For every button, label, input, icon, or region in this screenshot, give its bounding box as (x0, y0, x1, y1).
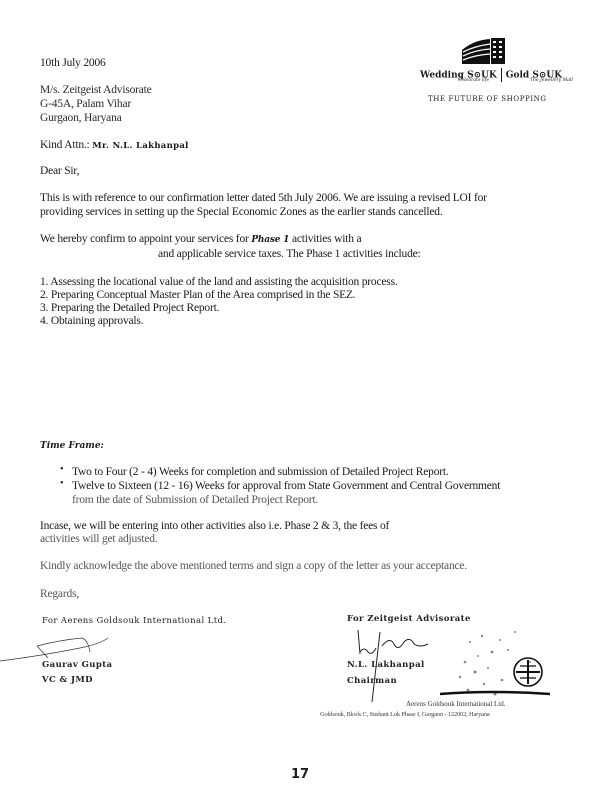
paragraph3-line1: Incase, we will be entering into other a… (40, 520, 389, 533)
letter-date: 10th July 2006 (40, 57, 106, 70)
phase-label: Phase 1 (251, 235, 289, 245)
paragraph2-line1: We hereby confirm to appoint your servic… (40, 233, 361, 247)
time-frame-item: Twelve to Sixteen (12 - 16) Weeks for ap… (72, 480, 500, 493)
page-number: 17 (291, 767, 309, 782)
paragraph2-text-post: activities with a (292, 233, 361, 245)
attention-label: Kind Attn.: (40, 139, 90, 151)
paragraph1-line1: This is with reference to our confirmati… (40, 192, 487, 205)
recipient-address-line2: Gurgaon, Haryana (40, 112, 122, 125)
right-signatory-title: Chairman (347, 676, 397, 686)
closing: Regards, (40, 588, 79, 601)
recipient-address-line1: G-45A, Palam Vihar (40, 98, 131, 111)
building-icon (460, 36, 508, 66)
brand1-subtitle: Celebrate life (458, 78, 489, 83)
acknowledgement-paragraph: Kindly acknowledge the above mentioned t… (40, 560, 467, 573)
company-logo: Wedding S⊙UKGold S⊙UK Celebrate life The… (418, 18, 583, 113)
right-signatory-name: N.L. Lakhanpal (347, 660, 425, 670)
brand2-subtitle: The Jewellery Mall (530, 78, 573, 83)
activity-item: 3. Preparing the Detailed Project Report… (40, 302, 219, 315)
activity-item: 4. Obtaining approvals. (40, 315, 143, 328)
left-signatory-name: Gaurav Gupta (42, 660, 112, 670)
brand-divider (501, 68, 502, 82)
bullet-icon: • (60, 464, 64, 475)
attention-name: Mr. N.L. Lakhanpal (92, 141, 188, 151)
time-frame-heading: Time Frame: (40, 441, 104, 451)
paragraph1-line2: providing services in setting up the Spe… (40, 206, 443, 219)
attention-line: Kind Attn.: Mr. N.L. Lakhanpal (40, 139, 189, 153)
paragraph2-text-pre: We hereby confirm to appoint your servic… (40, 233, 249, 245)
stamp-text-line1: Aerens Goldsouk International Ltd. (406, 700, 506, 708)
left-signatory-title: VC & JMD (42, 675, 93, 685)
left-for-line: For Aerens Goldsouk International Ltd. (42, 616, 227, 626)
paragraph2-line2: and applicable service taxes. The Phase … (158, 248, 421, 261)
stamp-text-line2: Goldsouk, Block C, Sushant Lok Phase I, … (320, 711, 490, 718)
salutation: Dear Sir, (40, 165, 79, 178)
bullet-icon: • (60, 478, 64, 489)
time-frame-item-continuation: from the date of Submission of Detailed … (72, 494, 318, 507)
paragraph3-line2: activities will get adjusted. (40, 533, 157, 546)
activity-item: 2. Preparing Conceptual Master Plan of t… (40, 289, 355, 302)
logo-tagline: THE FUTURE OF SHOPPING (428, 95, 547, 103)
recipient-name: M/s. Zeitgeist Advisorate (40, 84, 152, 97)
time-frame-item: Two to Four (2 - 4) Weeks for completion… (72, 466, 449, 479)
activity-item: 1. Assessing the locational value of the… (40, 276, 398, 289)
